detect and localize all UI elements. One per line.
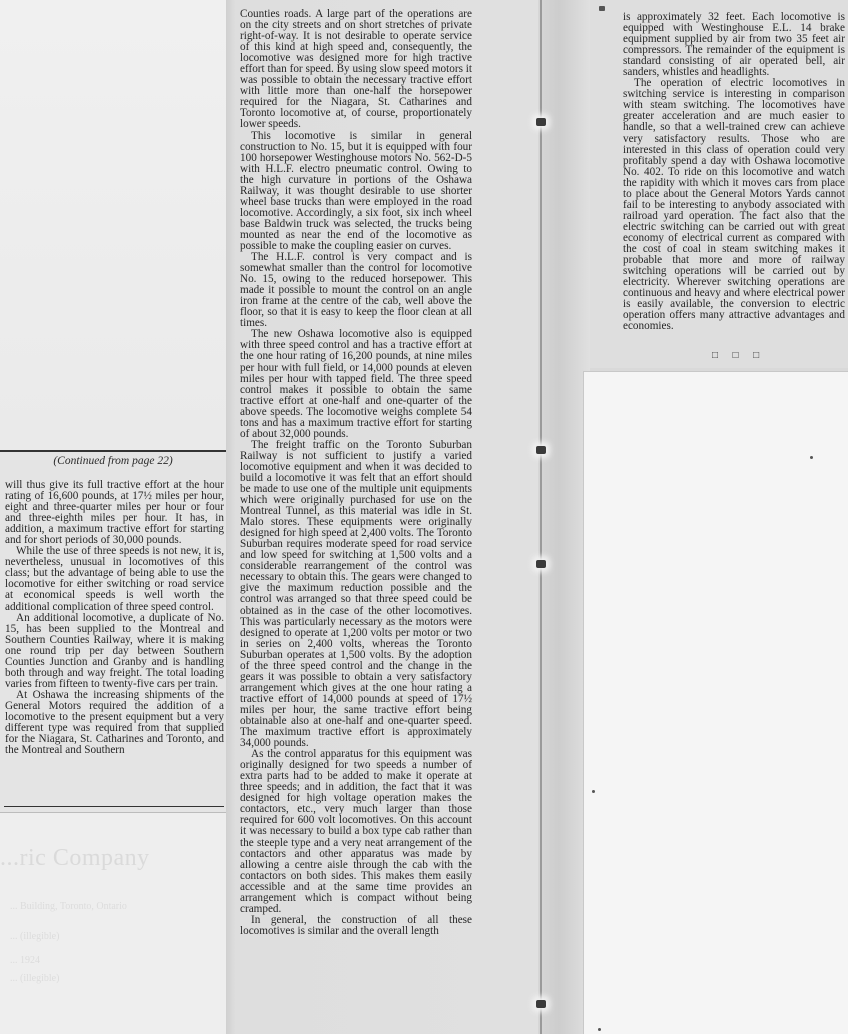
left-bottom-sheet: ...ric Company ... Building, Toronto, On…: [0, 812, 226, 1034]
ghost-heading: ...ric Company: [0, 845, 150, 872]
paragraph: The freight traffic on the Toronto Subur…: [240, 440, 472, 749]
middle-column-text: Counties roads. A large part of the oper…: [240, 9, 472, 937]
ghost-line: ... (illegible): [10, 973, 59, 984]
staple-icon: [536, 446, 546, 454]
column-end-rule: [4, 806, 224, 807]
paragraph: An additional locomotive, a duplicate of…: [5, 613, 224, 690]
paragraph: In general, the construction of all thes…: [240, 915, 472, 937]
paragraph: This locomotive is similar in general co…: [240, 131, 472, 253]
right-column-text: is approximately 32 feet. Each locomotiv…: [623, 12, 845, 332]
left-background-sheet: [0, 0, 232, 450]
paragraph: At Oshawa the increasing shipments of th…: [5, 690, 224, 756]
scan-speck: [810, 456, 813, 459]
blank-page: [583, 371, 848, 1034]
binding-crease: [540, 0, 542, 1034]
scan-speck: [599, 6, 605, 11]
ghost-line: ... (illegible): [10, 931, 59, 942]
ghost-line: ... 1924: [10, 955, 40, 966]
staple-icon: [536, 118, 546, 126]
left-column-text: will thus give its full tractive effort …: [5, 480, 224, 756]
paragraph: Counties roads. A large part of the oper…: [240, 9, 472, 131]
paragraph: The H.L.F. control is very compact and i…: [240, 252, 472, 329]
staple-icon: [536, 1000, 546, 1008]
paragraph: will thus give its full tractive effort …: [5, 480, 224, 546]
paragraph: As the control apparatus for this equipm…: [240, 749, 472, 915]
scan-speck: [598, 1028, 601, 1031]
paragraph: The operation of electric locomotives in…: [623, 78, 845, 332]
continued-note: (Continued from page 22): [0, 455, 226, 467]
paragraph: While the use of three speeds is not new…: [5, 546, 224, 612]
staple-icon: [536, 560, 546, 568]
end-of-article-marks: □ □ □: [712, 350, 765, 361]
ghost-line: ... Building, Toronto, Ontario: [10, 901, 127, 912]
scan-speck: [592, 790, 595, 793]
paragraph: The new Oshawa locomotive also is equipp…: [240, 329, 472, 439]
paragraph: is approximately 32 feet. Each locomotiv…: [623, 12, 845, 78]
